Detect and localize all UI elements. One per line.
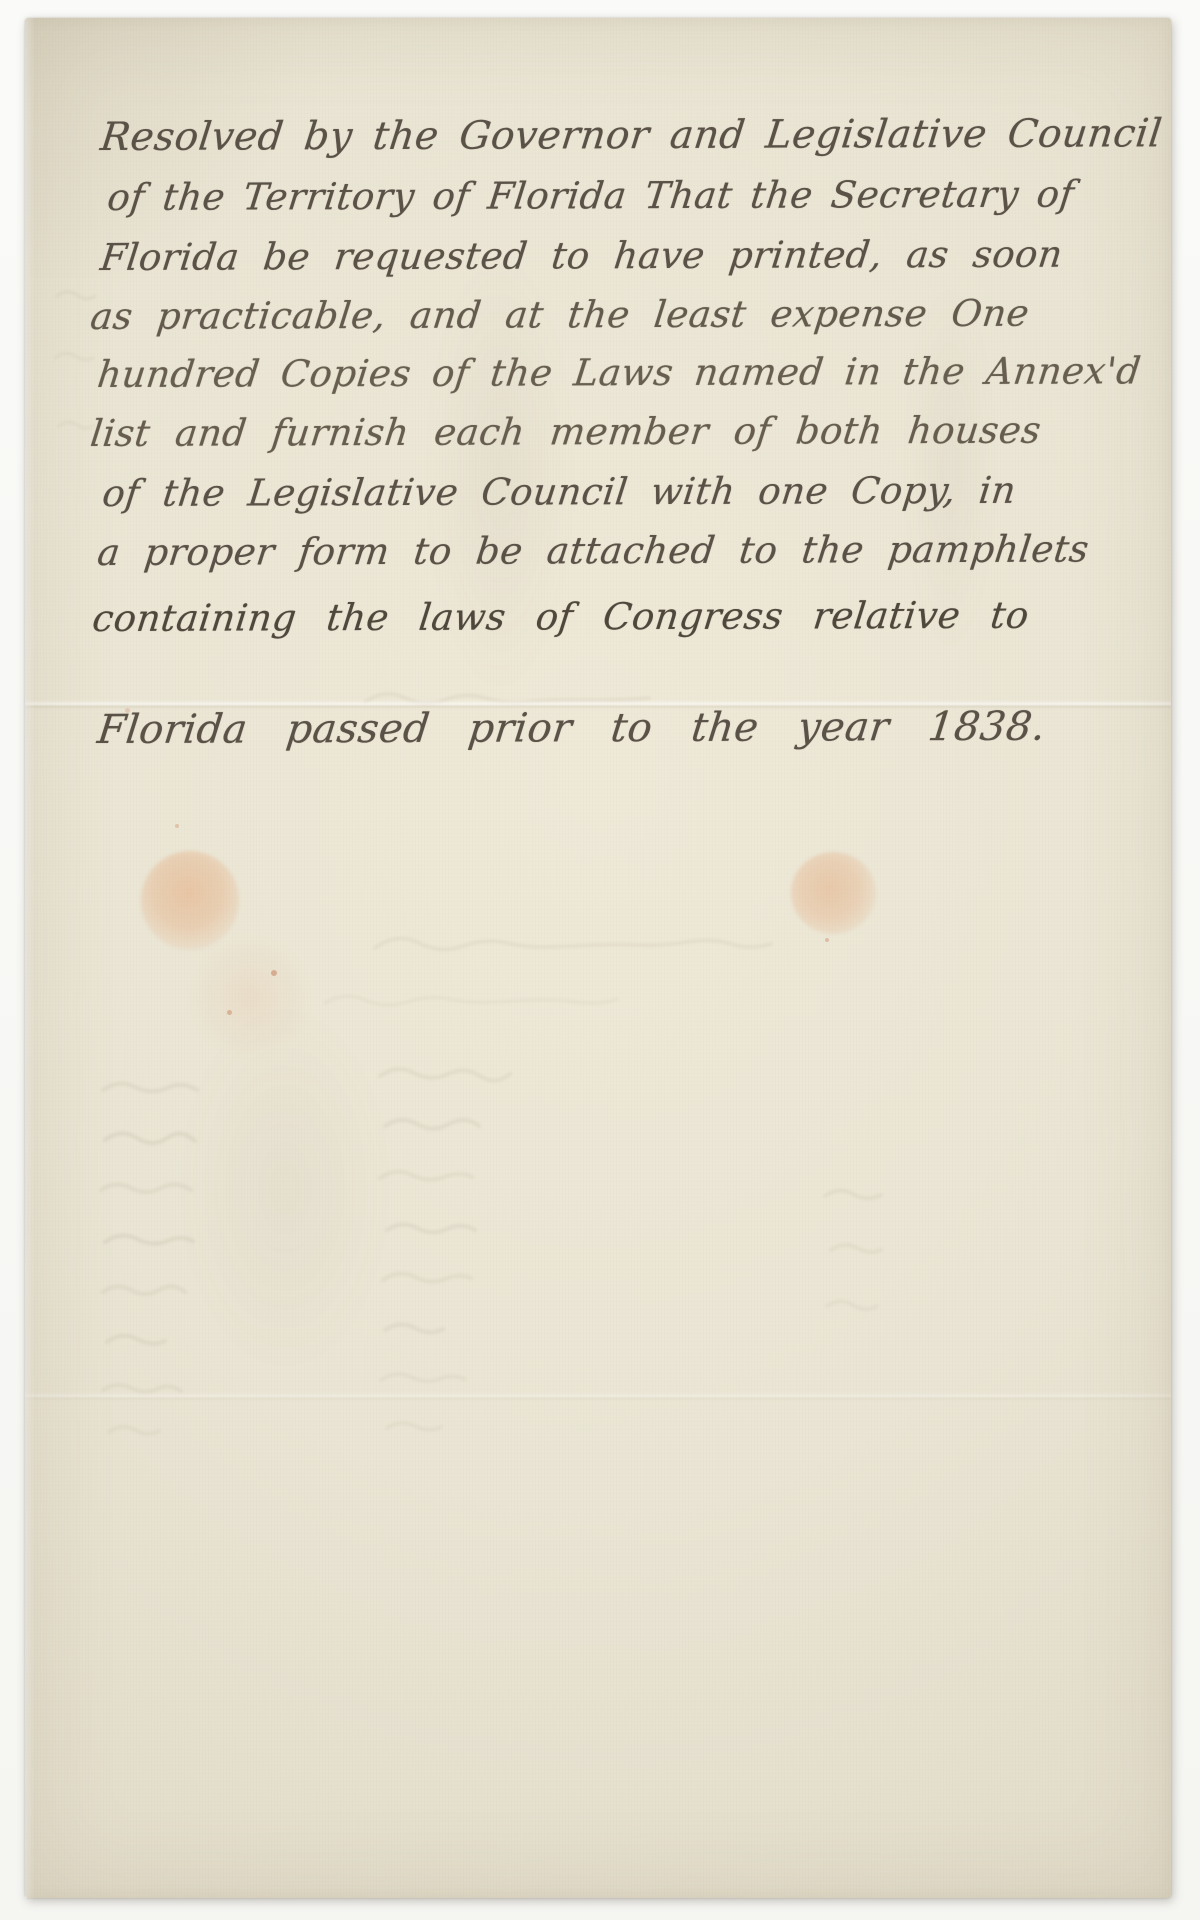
manuscript-line: of the Legislative Council with one Copy…: [100, 469, 1018, 517]
manuscript-line: Resolved by the Governor and Legislative…: [98, 111, 1164, 161]
manuscript-line: as practicable, and at the least expense…: [88, 292, 1032, 340]
manuscript-line: list and furnish each member of both hou…: [88, 409, 1044, 457]
stain-speck: [825, 938, 829, 942]
stain-trail: [193, 930, 308, 1065]
stain-speck: [175, 824, 179, 828]
manuscript-page: Resolved by the Governor and Legislative…: [25, 18, 1171, 1898]
manuscript-line: containing the laws of Congress relative…: [90, 594, 1031, 642]
manuscript-line: of the Territory of Florida That the Sec…: [105, 173, 1077, 221]
stain-speck: [227, 1010, 232, 1015]
manuscript-line: Florida be requested to have printed, as…: [98, 233, 1065, 281]
stain-speck: [271, 970, 277, 976]
paper-edge-highlight: [25, 18, 35, 1898]
manuscript-line: Florida passed prior to the year 1838.: [95, 703, 1048, 754]
stain-spot-right: [791, 852, 876, 934]
manuscript-line: hundred Copies of the Laws named in the …: [95, 349, 1143, 397]
bleed-through-shading: [175, 998, 395, 1378]
stain-spot-left: [141, 851, 239, 950]
scan-background: { "manuscript": { "lines": [ "Resolved b…: [0, 0, 1200, 1920]
fold-crease: [25, 1392, 1171, 1401]
manuscript-line: a proper form to be attached to the pamp…: [95, 528, 1091, 576]
